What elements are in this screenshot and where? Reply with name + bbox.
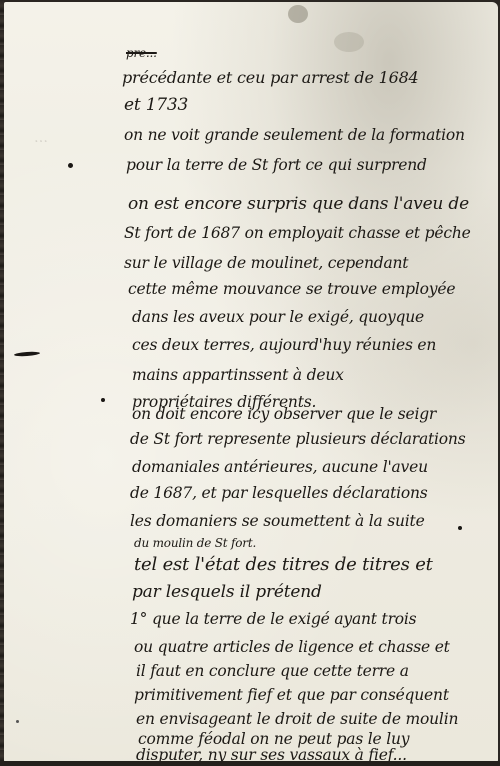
manuscript-line: pour la terre de St fort ce qui surprend	[126, 156, 427, 174]
manuscript-line: disputer, ny sur ses vassaux à fief...	[136, 746, 407, 762]
paper-stain	[288, 5, 308, 23]
manuscript-line: de 1687, et par lesquelles déclarations	[130, 484, 428, 502]
manuscript-page: … pre... précédante et ceu par arrest de…	[4, 2, 498, 762]
manuscript-line: ces deux terres, aujourd'huy réunies en	[132, 336, 436, 354]
manuscript-line: on ne voit grande seulement de la format…	[124, 126, 465, 144]
manuscript-line: domaniales antérieures, aucune l'aveu	[132, 458, 428, 476]
manuscript-line: en envisageant le droit de suite de moul…	[136, 710, 458, 728]
margin-ink-dash	[14, 351, 40, 357]
paper-stain	[334, 32, 364, 52]
manuscript-line: et 1733	[124, 95, 188, 115]
manuscript-line: primitivement fief et que par conséquent	[134, 686, 449, 704]
manuscript-line: pre...	[126, 46, 157, 60]
manuscript-line: du moulin de St fort.	[134, 536, 256, 550]
manuscript-line: les domaniers se soumettent à la suite	[130, 512, 425, 530]
manuscript-line: tel est l'état des titres de titres et	[134, 554, 433, 575]
manuscript-line: cette même mouvance se trouve employée	[128, 280, 455, 298]
bleed-through-text: …	[34, 130, 48, 146]
manuscript-line: on doit encore icy observer que le seigr	[132, 405, 436, 423]
page-bottom-edge	[0, 761, 500, 766]
manuscript-line: 1° que la terre de le exigé ayant trois	[130, 610, 416, 628]
manuscript-line: on est encore surpris que dans l'aveu de	[128, 194, 469, 214]
manuscript-line: il faut en conclure que cette terre a	[136, 662, 409, 680]
manuscript-line: St fort de 1687 on employait chasse et p…	[124, 224, 471, 242]
margin-ink-dot	[16, 720, 19, 723]
manuscript-line: précédante et ceu par arrest de 1684	[122, 68, 419, 87]
manuscript-line: dans les aveux pour le exigé, quoyque	[132, 308, 424, 326]
manuscript-line: de St fort represente plusieurs déclarat…	[130, 430, 465, 448]
margin-ink-dot	[101, 398, 105, 402]
margin-ink-dot	[68, 163, 73, 168]
manuscript-line: mains appartinssent à deux	[132, 366, 344, 384]
manuscript-line: par lesquels il prétend	[132, 582, 322, 602]
margin-ink-dot	[458, 526, 462, 530]
manuscript-line: ou quatre articles de ligence et chasse …	[134, 638, 450, 656]
manuscript-line: sur le village de moulinet, cependant	[124, 254, 408, 272]
